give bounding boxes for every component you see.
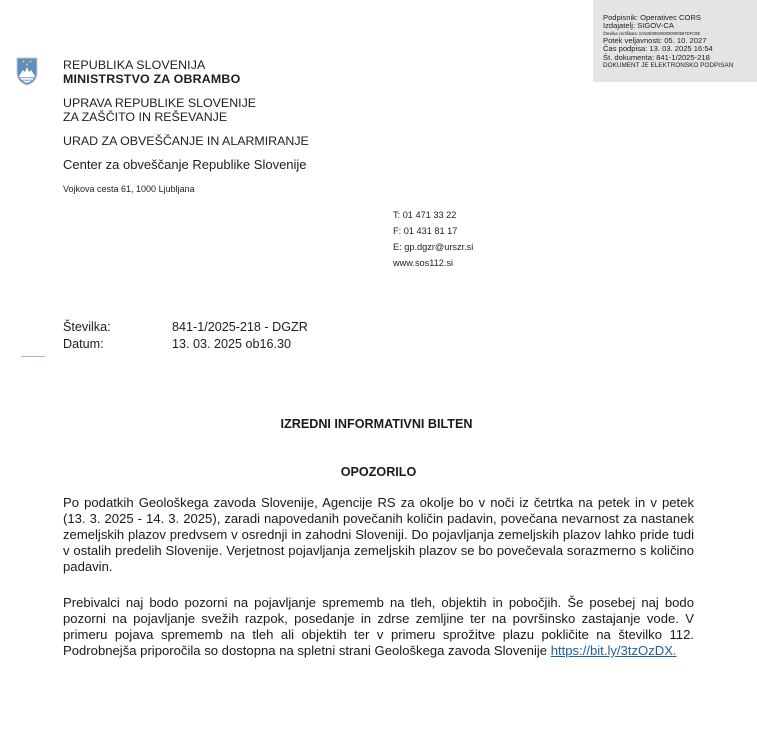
document-subtitle: OPOZORILO bbox=[0, 465, 757, 479]
number-value: 841-1/2025-218 - DGZR bbox=[172, 319, 308, 336]
fold-mark bbox=[21, 356, 45, 357]
signature-note: DOKUMENT JE ELEKTRONSKO PODPISAN bbox=[603, 62, 757, 70]
meta-number-row: Številka: 841-1/2025-218 - DGZR bbox=[63, 319, 308, 336]
geological-survey-link[interactable]: https://bit.ly/3tzOzDX. bbox=[551, 643, 677, 658]
ministry-name: MINISTRSTVO ZA OBRAMBO bbox=[63, 72, 240, 86]
contact-email: E: gp.dgzr@urszr.si bbox=[393, 239, 473, 255]
office-name: URAD ZA OBVEŠČANJE IN ALARMIRANJE bbox=[63, 134, 309, 148]
date-label: Datum: bbox=[63, 336, 172, 353]
electronic-signature-box: Podpisnik: Operativec CORS Izdajatelj: S… bbox=[593, 0, 757, 82]
republic-name: REPUBLIKA SLOVENIJA bbox=[63, 58, 205, 72]
contact-block: T: 01 471 33 22 F: 01 431 81 17 E: gp.dg… bbox=[393, 207, 473, 271]
document-meta: Številka: 841-1/2025-218 - DGZR Datum: 1… bbox=[63, 319, 308, 353]
signature-issuer: Izdajatelj: SIGOV-CA bbox=[603, 22, 757, 30]
signature-doc-number: Št. dokumenta: 841-1/2025-218 bbox=[603, 54, 757, 62]
contact-web: www.sos112.si bbox=[393, 255, 473, 271]
center-name: Center za obveščanje Republike Slovenije bbox=[63, 157, 307, 172]
document-title: IZREDNI INFORMATIVNI BILTEN bbox=[0, 417, 755, 431]
address: Vojkova cesta 61, 1000 Ljubljana bbox=[63, 184, 195, 194]
contact-phone: T: 01 471 33 22 bbox=[393, 207, 473, 223]
paragraph-1: Po podatkih Geološkega zavoda Slovenije,… bbox=[63, 495, 694, 575]
meta-date-row: Datum: 13. 03. 2025 ob16.30 bbox=[63, 336, 308, 353]
date-value: 13. 03. 2025 ob16.30 bbox=[172, 336, 291, 353]
administration-line2: ZA ZAŠČITO IN REŠEVANJE bbox=[63, 110, 227, 124]
contact-fax: F: 01 431 81 17 bbox=[393, 223, 473, 239]
administration-line1: UPRAVA REPUBLIKE SLOVENIJE bbox=[63, 96, 256, 110]
coat-of-arms-icon bbox=[15, 56, 39, 86]
number-label: Številka: bbox=[63, 319, 172, 336]
paragraph-2: Prebivalci naj bodo pozorni na pojavljan… bbox=[63, 595, 694, 659]
